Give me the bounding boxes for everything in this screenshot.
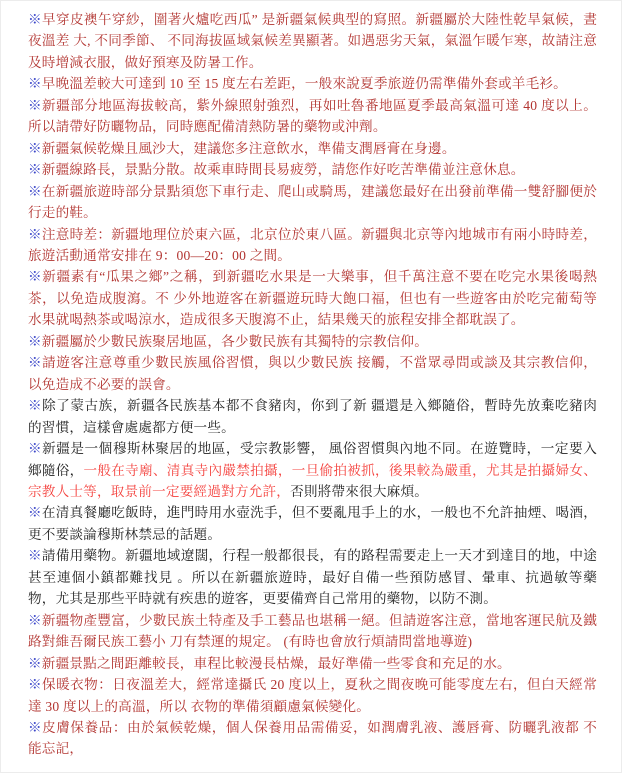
reference-mark-icon: ※ <box>28 184 42 199</box>
notice-paragraph: ※新疆部分地區海拔較高，紫外線照射強烈，再如吐魯番地區夏季最高氣溫可達 40 度… <box>28 95 597 138</box>
notice-paragraph: ※在新疆旅遊時部分景點須您下車行走、爬山或騎馬，建議您最好在出發前準備一雙舒腳便… <box>28 181 597 224</box>
notice-paragraph: ※新疆素有“瓜果之鄉”之稱，到新疆吃水果是一大樂事，但千萬注意不要在吃完水果後喝… <box>28 266 597 330</box>
notice-text-segment: 請備用藥物。新疆地域遼闊，行程一般都很長，有的路程需要走上一天才到達目的地，中途… <box>28 548 597 606</box>
notice-paragraph: ※除了蒙古族，新疆各民族基本都不食豬肉，你到了新 疆還是入鄉隨俗，暫時先放棄吃豬… <box>28 395 597 438</box>
reference-mark-icon: ※ <box>28 505 42 520</box>
notice-text-segment: 保暖衣物：日夜溫差大，經常達攝氏 20 度以上，夏秋之間夜晚可能零度左右，但白天… <box>28 677 597 713</box>
notice-paragraph: ※新疆屬於少數民族聚居地區，各少數民族有其獨特的宗教信仰。 <box>28 331 597 352</box>
reference-mark-icon: ※ <box>28 355 42 370</box>
notice-paragraph: ※皮膚保養品：由於氣候乾燥，個人保養用品需備妥，如潤膚乳液、護唇膏、防曬乳液都 … <box>28 717 597 760</box>
notice-text-segment: 新疆素有“瓜果之鄉”之稱，到新疆吃水果是一大樂事，但千萬注意不要在吃完水果後喝熱… <box>28 269 597 327</box>
reference-mark-icon: ※ <box>28 548 42 563</box>
reference-mark-icon: ※ <box>28 398 42 413</box>
reference-mark-icon: ※ <box>28 334 42 349</box>
notice-paragraph: ※請遊客注意尊重少數民族風俗習慣，與以少數民族 接觸，不當眾尋問或談及其宗教信仰… <box>28 352 597 395</box>
notice-text-segment: 在新疆旅遊時部分景點須您下車行走、爬山或騎馬，建議您最好在出發前準備一雙舒腳便於… <box>28 184 597 220</box>
travel-notes-document: ※早穿皮襖午穿紗，圍著火爐吃西瓜” 是新疆氣候典型的寫照。新疆屬於大陸性乾旱氣候… <box>28 9 597 760</box>
reference-mark-icon: ※ <box>28 720 42 735</box>
reference-mark-icon: ※ <box>28 227 42 242</box>
notice-text-segment: 否則將帶來很大麻煩。 <box>290 484 428 499</box>
notice-paragraph: ※注意時差：新疆地理位於東六區，北京位於東八區。新疆與北京等內地城市有兩小時時差… <box>28 224 597 267</box>
notice-paragraph: ※保暖衣物：日夜溫差大，經常達攝氏 20 度以上，夏秋之間夜晚可能零度左右，但白… <box>28 674 597 717</box>
reference-mark-icon: ※ <box>28 12 42 27</box>
notice-paragraph: ※早晚溫差較大可達到 10 至 15 度左右差距，一般來說夏季旅遊仍需準備外套或… <box>28 73 597 94</box>
notice-text-segment: 新疆物產豐富，少數民族土特產及手工藝品也堪稱一絕。但請遊客注意，當地客運民航及鐵… <box>28 613 597 649</box>
notice-text-segment: 新疆屬於少數民族聚居地區，各少數民族有其獨特的宗教信仰。 <box>42 334 428 349</box>
reference-mark-icon: ※ <box>28 98 42 113</box>
notice-text-segment: 新疆線路長，景點分散。故乘車時間長易疲勞，請您作好吃苦準備並注意休息。 <box>42 162 525 177</box>
notice-text-segment: 請遊客注意尊重少數民族風俗習慣，與以少數民族 接觸，不當眾尋問或談及其宗教信仰，… <box>28 355 597 391</box>
reference-mark-icon: ※ <box>28 656 42 671</box>
notice-paragraph: ※新疆物產豐富，少數民族土特產及手工藝品也堪稱一絕。但請遊客注意，當地客運民航及… <box>28 610 597 653</box>
reference-mark-icon: ※ <box>28 441 42 456</box>
notice-text-segment: 新疆景點之間距離較長，車程比較漫長枯燥，最好準備一些零食和充足的水。 <box>42 656 511 671</box>
notice-text-segment: 注意時差：新疆地理位於東六區，北京位於東八區。新疆與北京等內地城市有兩小時時差，… <box>28 227 597 263</box>
notice-text-segment: 新疆氣候乾燥且風沙大，建議您多注意飲水，準備支潤唇膏在身邊。 <box>42 141 456 156</box>
notice-paragraph: ※新疆景點之間距離較長，車程比較漫長枯燥，最好準備一些零食和充足的水。 <box>28 653 597 674</box>
reference-mark-icon: ※ <box>28 141 42 156</box>
notice-paragraph: ※新疆氣候乾燥且風沙大，建議您多注意飲水，準備支潤唇膏在身邊。 <box>28 138 597 159</box>
notice-text-segment: 早穿皮襖午穿紗，圍著火爐吃西瓜” 是新疆氣候典型的寫照。新疆屬於大陸性乾旱氣候，… <box>28 12 597 70</box>
reference-mark-icon: ※ <box>28 613 42 628</box>
reference-mark-icon: ※ <box>28 269 42 284</box>
notice-paragraph: ※請備用藥物。新疆地域遼闊，行程一般都很長，有的路程需要走上一天才到達目的地，中… <box>28 545 597 609</box>
notice-paragraph: ※新疆線路長，景點分散。故乘車時間長易疲勞，請您作好吃苦準備並注意休息。 <box>28 159 597 180</box>
reference-mark-icon: ※ <box>28 162 42 177</box>
travel-notes-page: ※早穿皮襖午穿紗，圍著火爐吃西瓜” 是新疆氣候典型的寫照。新疆屬於大陸性乾旱氣候… <box>0 0 622 773</box>
notice-text-segment: 除了蒙古族，新疆各民族基本都不食豬肉，你到了新 疆還是入鄉隨俗，暫時先放棄吃豬肉… <box>28 398 597 434</box>
notice-text-segment: 皮膚保養品：由於氣候乾燥，個人保養用品需備妥，如潤膚乳液、護唇膏、防曬乳液都 不… <box>28 720 597 756</box>
notice-paragraph: ※新疆是一個穆斯林聚居的地區，受宗教影響， 風俗習慣與內地不同。在遊覽時，一定要… <box>28 438 597 502</box>
reference-mark-icon: ※ <box>28 677 42 692</box>
notice-text-segment: 早晚溫差較大可達到 10 至 15 度左右差距，一般來說夏季旅遊仍需準備外套或羊… <box>42 76 567 91</box>
notice-text-segment: 新疆部分地區海拔較高，紫外線照射強烈，再如吐魯番地區夏季最高氣溫可達 40 度以… <box>28 98 597 134</box>
reference-mark-icon: ※ <box>28 76 42 91</box>
notice-paragraph: ※在清真餐廳吃飯時，進門時用水壺洗手，但不要亂甩手上的水，一般也不允許抽煙、喝酒… <box>28 502 597 545</box>
notice-paragraph: ※早穿皮襖午穿紗，圍著火爐吃西瓜” 是新疆氣候典型的寫照。新疆屬於大陸性乾旱氣候… <box>28 9 597 73</box>
notice-text-segment: 在清真餐廳吃飯時，進門時用水壺洗手，但不要亂甩手上的水，一般也不允許抽煙、喝酒，… <box>28 505 597 541</box>
